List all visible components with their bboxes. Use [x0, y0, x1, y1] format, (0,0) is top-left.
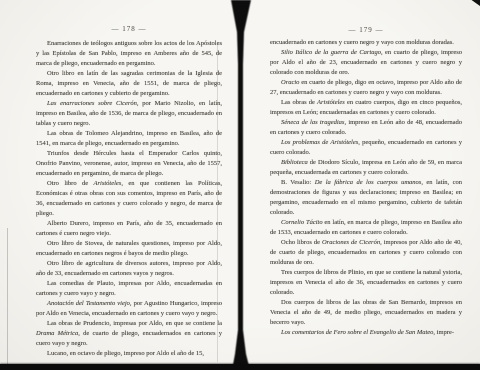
scan-bottom-shadow: [0, 364, 480, 370]
book-gutter-shadow: [0, 0, 480, 370]
book-spread-scan: — 178 — — 179 — Enarraciones de teólogos…: [0, 0, 480, 370]
